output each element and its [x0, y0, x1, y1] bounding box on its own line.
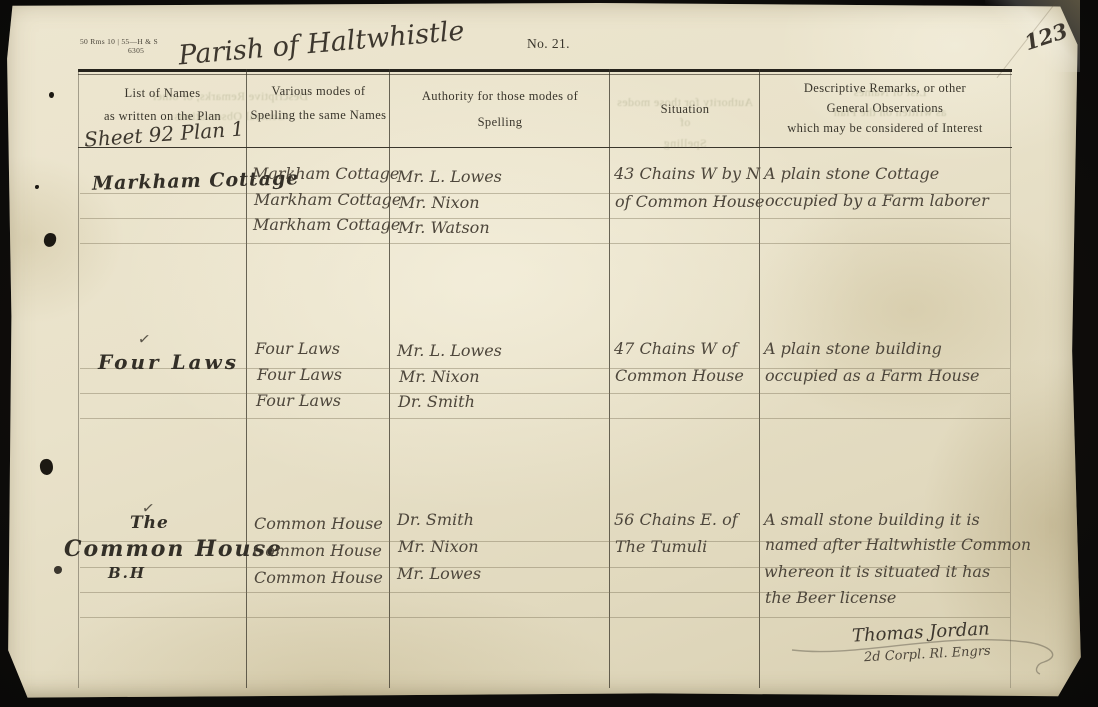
header-authority-line1: Authority for those modes of [390, 90, 610, 103]
row-name-line1: The [130, 513, 169, 533]
column-divider-2 [389, 69, 390, 688]
spelling-entry: Common House [254, 570, 383, 586]
remarks-line: occupied by a Farm laborer [765, 193, 989, 209]
authority-entry: Mr. Lowes [397, 566, 481, 582]
header-remarks-line3: which may be considered of Interest [760, 122, 1010, 135]
remarks-line: the Beer license [765, 590, 896, 606]
header-spelling-line1: Various modes of [247, 85, 390, 98]
situation-line: 56 Chains E. of [614, 512, 738, 528]
printers-stamp-line2: 6305 [128, 46, 144, 55]
guide-line [80, 243, 1010, 244]
printers-stamp-line1: 50 Rms 10 | 55—H & S [80, 37, 158, 46]
column-divider-1 [246, 69, 247, 688]
spelling-entry: Four Laws [255, 341, 340, 357]
table-top-rule-thick [78, 69, 1012, 72]
authority-entry: Mr. Watson [398, 220, 490, 236]
row-name-line3: B.H [108, 564, 146, 582]
header-names-line1: List of Names [78, 87, 247, 100]
guide-line [80, 418, 1010, 419]
remarks-line: A plain stone Cottage [764, 166, 939, 182]
spelling-entry: Markham Cottage [253, 217, 400, 233]
row-name-line2: Common House [64, 536, 283, 562]
scanned-photo: 50 Rms 10 | 55—H & S 6305 Parish of Halt… [0, 0, 1098, 707]
header-spelling-line2: Spelling the same Names [247, 109, 390, 122]
remarks-line: named after Haltwhistle Common [765, 538, 1031, 554]
situation-line: Common House [615, 368, 744, 384]
authority-entry: Mr. Nixon [399, 369, 480, 385]
spelling-entry: Markham Cottage [254, 192, 401, 208]
header-situation: Situation [610, 103, 760, 116]
authority-entry: Mr. Nixon [398, 539, 479, 555]
spelling-entry: Common House [253, 543, 382, 559]
table-right-border [1010, 69, 1011, 688]
table-left-border [78, 69, 79, 688]
authority-entry: Mr. L. Lowes [397, 343, 502, 359]
situation-line: of Common House [615, 194, 764, 210]
guide-line [80, 218, 1010, 219]
header-remarks-line1: Descriptive Remarks, or other [760, 82, 1010, 95]
row-name: Four Laws [98, 350, 239, 374]
form-number: No. 21. [527, 37, 570, 51]
remarks-line: A plain stone building [764, 341, 942, 357]
check-mark-icon [137, 329, 152, 349]
spelling-entry: Markham Cottage [252, 166, 399, 182]
signature-flourish [788, 628, 1078, 678]
authority-entry: Mr. Nixon [399, 195, 480, 211]
spelling-entry: Four Laws [256, 393, 341, 409]
authority-entry: Dr. Smith [397, 512, 474, 528]
column-divider-3 [609, 69, 610, 688]
guide-line [80, 617, 1010, 618]
remarks-line: A small stone building it is [764, 512, 980, 528]
table-top-rule-thin [78, 74, 1012, 75]
situation-line: The Tumuli [615, 539, 707, 555]
header-remarks-line2: General Observations [760, 102, 1010, 115]
spelling-entry: Common House [254, 516, 383, 532]
header-bottom-rule [78, 147, 1012, 148]
situation-line: 47 Chains W of [614, 341, 737, 357]
header-authority-line2: Spelling [390, 116, 610, 129]
situation-line: 43 Chains W by N [614, 166, 760, 182]
column-divider-4 [759, 69, 760, 688]
remarks-line: whereon it is situated it has [764, 564, 990, 580]
authority-entry: Mr. L. Lowes [397, 169, 502, 185]
authority-entry: Dr. Smith [398, 394, 475, 410]
remarks-line: occupied as a Farm House [765, 368, 980, 384]
spelling-entry: Four Laws [257, 367, 342, 383]
guide-line [80, 393, 1010, 394]
